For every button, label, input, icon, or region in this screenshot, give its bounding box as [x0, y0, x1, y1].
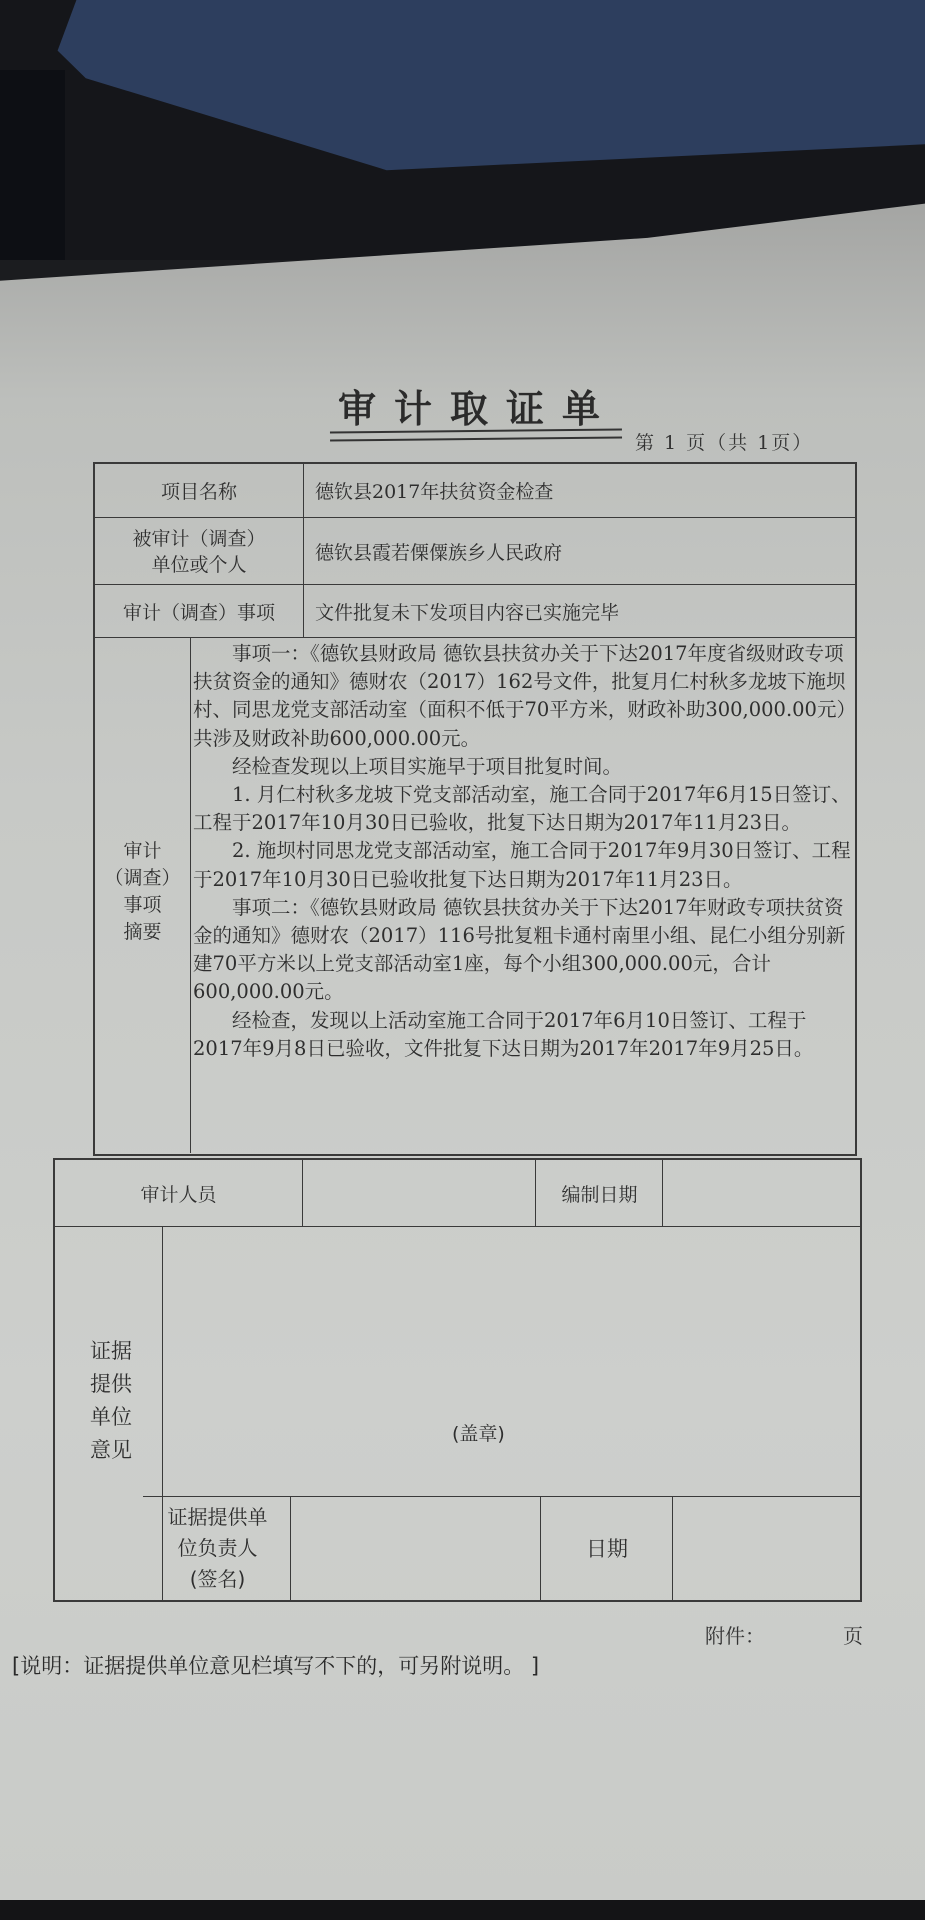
divider [303, 462, 304, 637]
evidence-label-line: 提供 [66, 1368, 156, 1401]
signer-date-label: 日期 [542, 1498, 672, 1598]
evidence-label-line: 意见 [66, 1434, 156, 1467]
background-bottom [0, 1900, 925, 1920]
divider [662, 1158, 663, 1226]
audited-unit-label-line2: 单位或个人 [151, 552, 246, 578]
signer-label-line: (签名) [145, 1564, 290, 1595]
compile-date-label: 编制日期 [537, 1160, 662, 1226]
summary-label-line: 审计 [95, 838, 190, 865]
document-title: 审计取证单 [328, 378, 628, 433]
evidence-opinion-field[interactable] [165, 1228, 855, 1494]
seal-label: (盖章) [452, 1417, 552, 1447]
summary-label: 审计 （调查） 事项 摘要 [95, 838, 190, 946]
attachment-unit: 页 [843, 1620, 863, 1649]
divider [190, 637, 191, 1153]
summary-paragraph: 2. 施坝村同思龙党支部活动室，施工合同于2017年9月30日签订、工程于201… [193, 837, 853, 893]
audited-unit-label-line1: 被审计（调查） [132, 526, 265, 552]
divider [143, 1496, 860, 1497]
summary-paragraph: 经检查发现以上项目实施早于项目批复时间。 [193, 753, 853, 781]
summary-paragraph: 1. 月仁村秋多龙坡下党支部活动室，施工合同于2017年6月15日签订、工程于2… [193, 781, 853, 837]
divider [93, 517, 855, 518]
divider [53, 1226, 860, 1227]
summary-label-line: 摘要 [95, 919, 190, 946]
signer-label-line: 位负责人 [145, 1533, 290, 1564]
divider [672, 1496, 673, 1600]
summary-content: 事项一：《德钦县财政局 德钦县扶贫办关于下达2017年度省级财政专项扶贫资金的通… [193, 640, 853, 1063]
divider [535, 1158, 536, 1226]
summary-label-line: （调查） [95, 865, 190, 892]
attachment-label: 附件： [705, 1620, 765, 1649]
footnote: [说明：证据提供单位意见栏填写不下的，可另附说明。 ] [12, 1650, 539, 1680]
divider [290, 1496, 291, 1600]
divider [540, 1496, 541, 1600]
compile-date-field[interactable] [664, 1160, 856, 1226]
evidence-label-line: 证据 [66, 1335, 156, 1368]
signer-date-field[interactable] [674, 1498, 858, 1598]
audited-unit-value: 德钦县霞若傈僳族乡人民政府 [315, 519, 845, 584]
audited-unit-label: 被审计（调查） 单位或个人 [95, 519, 303, 584]
signer-field[interactable] [292, 1498, 540, 1598]
summary-paragraph: 事项一：《德钦县财政局 德钦县扶贫办关于下达2017年度省级财政专项扶贫资金的通… [193, 640, 853, 753]
summary-paragraph: 事项二：《德钦县财政局 德钦县扶贫办关于下达2017年财政专项扶贫资金的通知》德… [193, 894, 853, 1007]
auditor-field[interactable] [304, 1160, 535, 1226]
page-indicator: 第 1 页（共 1页） [635, 428, 813, 455]
evidence-label-line: 单位 [66, 1401, 156, 1434]
summary-paragraph: 经检查，发现以上活动室施工合同于2017年6月10日签订、工程于2017年9月8… [193, 1007, 853, 1063]
divider [302, 1158, 303, 1226]
divider [93, 637, 855, 638]
divider [93, 584, 855, 585]
project-name-value: 德钦县2017年扶贫资金检查 [315, 464, 845, 517]
project-name-label: 项目名称 [95, 464, 303, 517]
evidence-opinion-label: 证据 提供 单位 意见 [66, 1335, 156, 1467]
audit-matter-value: 文件批复未下发项目内容已实施完毕 [315, 586, 845, 637]
signer-label-line: 证据提供单 [145, 1502, 290, 1533]
dark-object [0, 70, 65, 260]
signer-label: 证据提供单 位负责人 (签名) [145, 1502, 290, 1595]
summary-label-line: 事项 [95, 892, 190, 919]
audit-matter-label: 审计（调查）事项 [95, 586, 303, 637]
auditor-label: 审计人员 [55, 1160, 302, 1226]
